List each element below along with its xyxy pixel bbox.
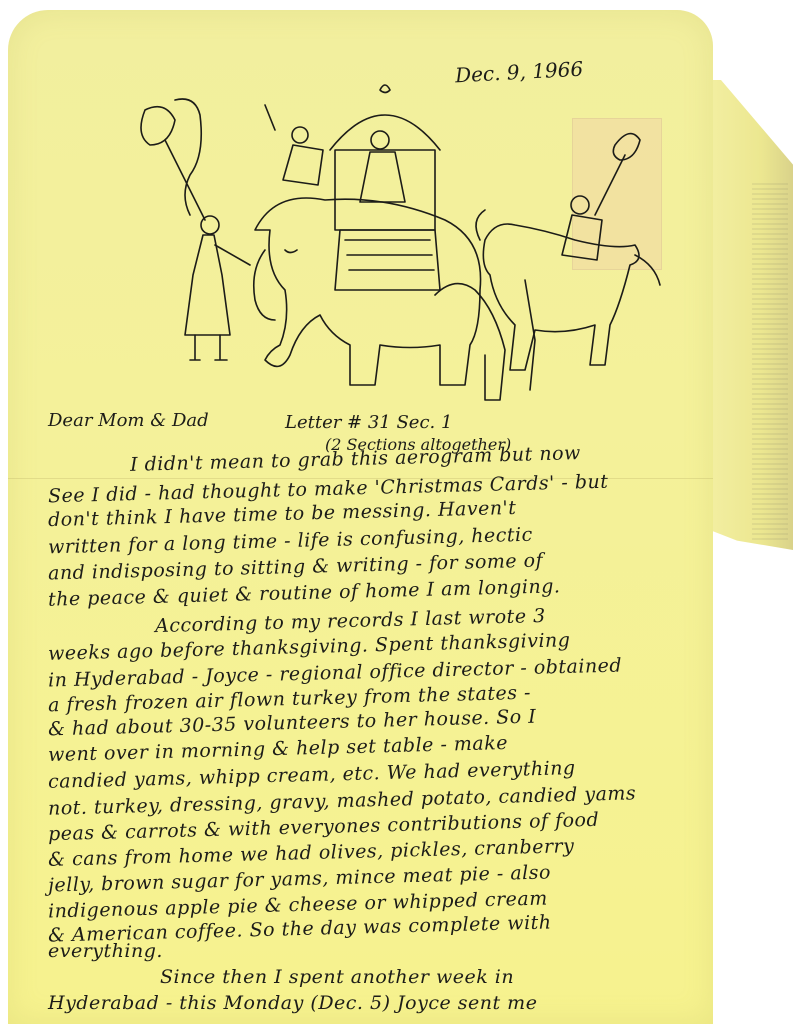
- letter-number: Letter # 31 Sec. 1: [285, 412, 452, 433]
- body-line: Since then I spent another week in: [160, 966, 514, 988]
- body-line: Hyderabad - this Monday (Dec. 5) Joyce s…: [48, 992, 537, 1014]
- flap-texture: [752, 180, 788, 540]
- body-line: everything.: [48, 940, 163, 962]
- salutation: Dear Mom & Dad: [48, 410, 209, 431]
- elephant-procession-sketch-icon: [135, 80, 665, 420]
